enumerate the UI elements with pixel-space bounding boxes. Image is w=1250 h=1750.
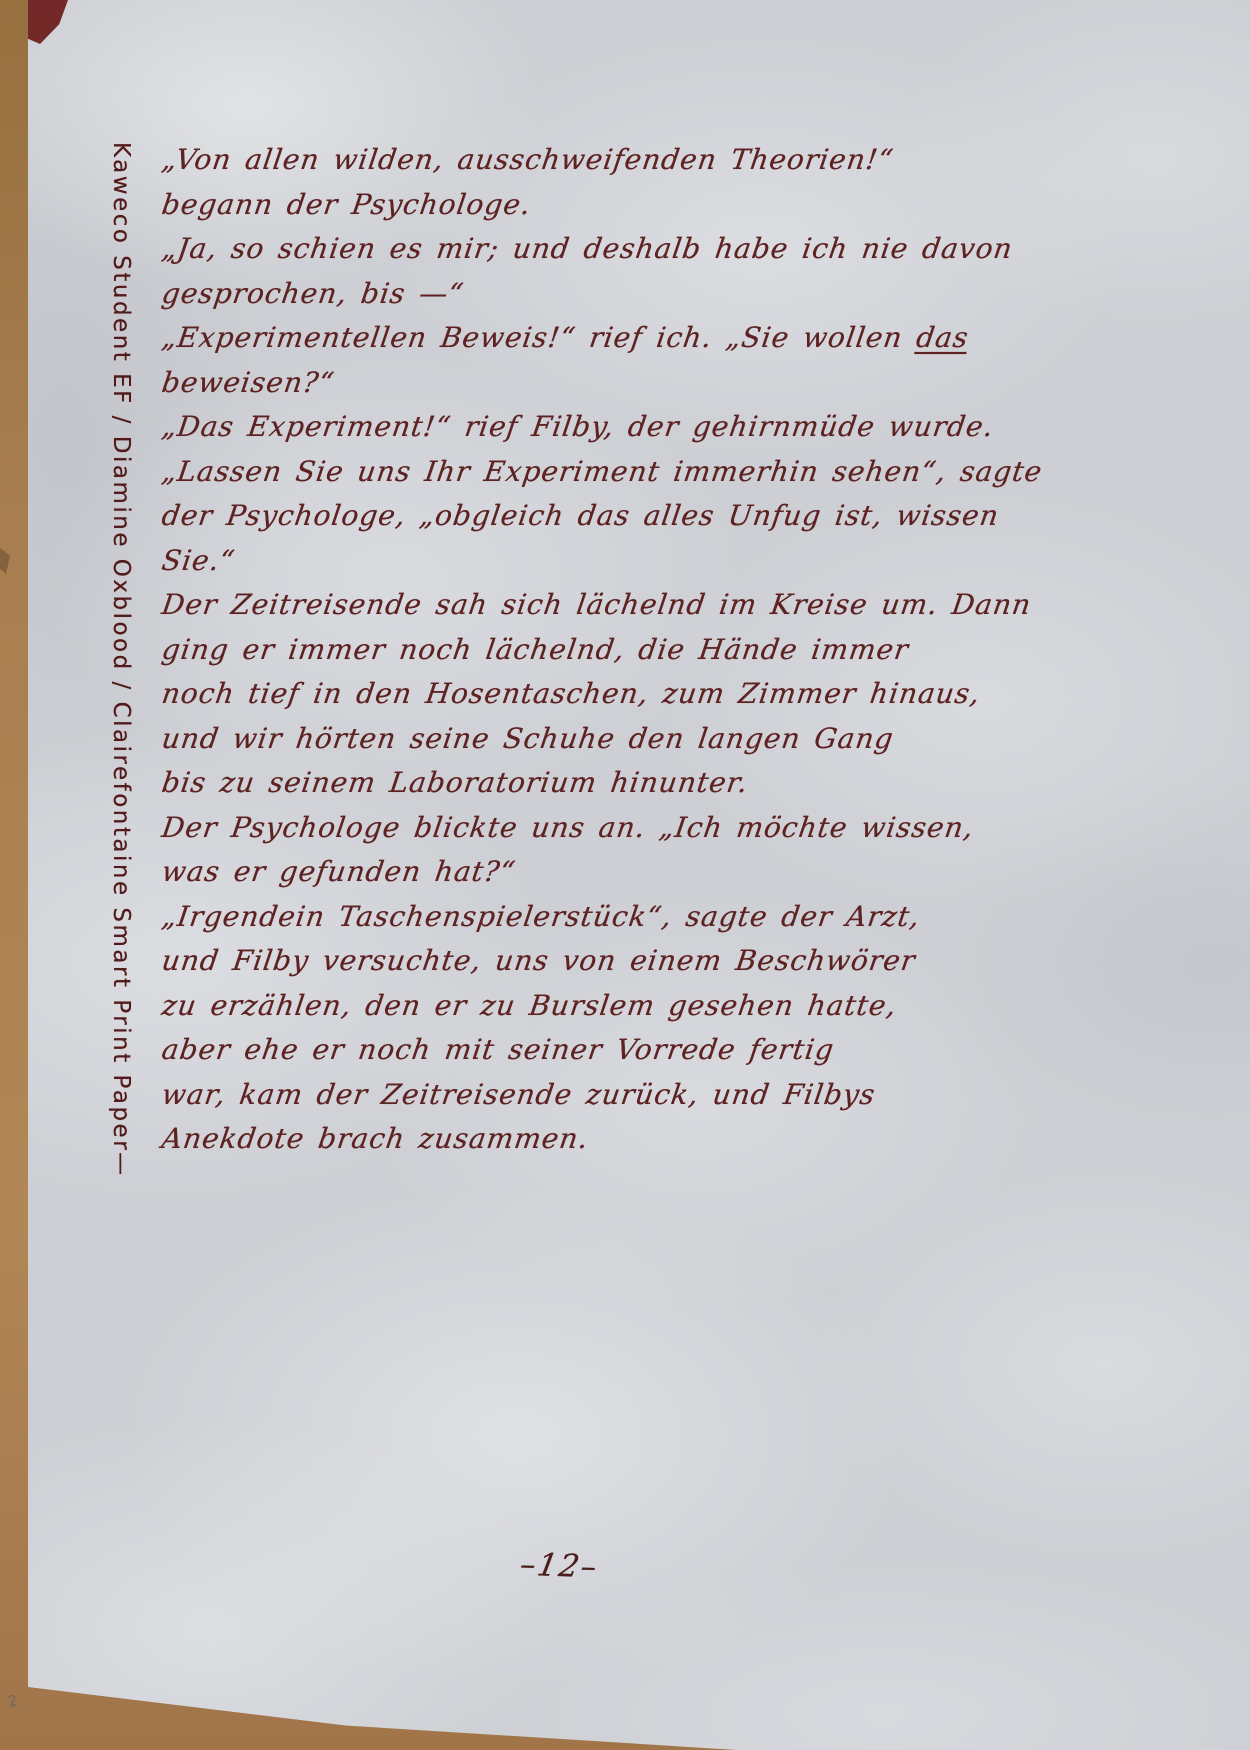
line-segment: Anekdote brach zusammen. [160, 1122, 591, 1155]
handwriting-line: „Ja, so schien es mir; und deshalb habe … [159, 227, 1025, 272]
line-segment: „Das Experiment!“ rief Filby, der gehirn… [160, 410, 996, 443]
handwriting-line: ging er immer noch lächelnd, die Hände i… [159, 628, 1025, 673]
line-segment: der Psychologe, „obgleich das alles Unfu… [160, 499, 1002, 532]
handwriting-line: Der Zeitreisende sah sich lächelnd im Kr… [159, 583, 1025, 628]
handwriting-line: „Experimentellen Beweis!“ rief ich. „Sie… [159, 316, 1025, 361]
line-segment: und wir hörten seine Schuhe den langen G… [160, 722, 896, 755]
line-segment: zu erzählen, den er zu Burslem gesehen h… [160, 989, 899, 1022]
line-segment: bis zu seinem Laboratorium hinunter. [160, 766, 751, 799]
line-segment: „Von allen wilden, ausschweifenden Theor… [160, 143, 896, 176]
line-segment: begann der Psychologe. [160, 188, 534, 221]
handwriting-line: „Von allen wilden, ausschweifenden Theor… [159, 138, 1025, 183]
paper-sheet: Kaweco Student EF / Diamine Oxblood / Cl… [28, 0, 1250, 1750]
handwriting-line: „Lassen Sie uns Ihr Experiment immerhin … [159, 450, 1025, 495]
line-segment: gesprochen, bis —“ [160, 277, 466, 310]
line-segment: Der Zeitreisende sah sich lächelnd im Kr… [160, 588, 1034, 621]
cardboard-chip [0, 548, 10, 574]
handwriting-line: noch tief in den Hosentaschen, zum Zimme… [159, 672, 1025, 717]
handwriting-line: gesprochen, bis —“ [159, 272, 1025, 317]
handwriting-line: „Irgendein Taschenspielerstück“, sagte d… [159, 895, 1025, 940]
line-segment: „Lassen Sie uns Ihr Experiment immerhin … [160, 455, 1045, 488]
handwriting-line: begann der Psychologe. [159, 183, 1025, 228]
line-segment: „Irgendein Taschenspielerstück“, sagte d… [160, 900, 923, 933]
line-segment: aber ehe er noch mit seiner Vorrede fert… [160, 1033, 837, 1066]
line-segment: Sie.“ [160, 544, 238, 577]
line-segment: Der Psychologe blickte uns an. „Ich möch… [160, 811, 976, 844]
line-segment: „Ja, so schien es mir; und deshalb habe … [160, 232, 1015, 265]
line-segment: noch tief in den Hosentaschen, zum Zimme… [160, 677, 983, 710]
handwriting-line: Der Psychologe blickte uns an. „Ich möch… [159, 806, 1025, 851]
handwriting-line: zu erzählen, den er zu Burslem gesehen h… [159, 984, 1025, 1029]
handwriting-line: Sie.“ [159, 539, 1025, 584]
handwriting-line: „Das Experiment!“ rief Filby, der gehirn… [159, 405, 1025, 450]
handwriting-line: bis zu seinem Laboratorium hinunter. [159, 761, 1025, 806]
handwriting-text: „Von allen wilden, ausschweifenden Theor… [162, 138, 1022, 1162]
photo-background: Kaweco Student EF / Diamine Oxblood / Cl… [0, 0, 1250, 1750]
line-segment: beweisen?“ [160, 366, 337, 399]
line-segment: war, kam der Zeitreisende zurück, und Fi… [160, 1078, 878, 1111]
handwriting-line: war, kam der Zeitreisende zurück, und Fi… [159, 1073, 1025, 1118]
line-segment: ging er immer noch lächelnd, die Hände i… [160, 633, 911, 666]
page-number: –12– [517, 1547, 601, 1586]
underlined-word: das [914, 321, 971, 354]
margin-note: Kaweco Student EF / Diamine Oxblood / Cl… [108, 142, 134, 1178]
handwriting-line: Anekdote brach zusammen. [159, 1117, 1025, 1162]
handwriting-line: und wir hörten seine Schuhe den langen G… [159, 717, 1025, 762]
line-segment: und Filby versuchte, uns von einem Besch… [160, 944, 918, 977]
handwriting-line: der Psychologe, „obgleich das alles Unfu… [159, 494, 1025, 539]
handwriting-line: was er gefunden hat?“ [159, 850, 1025, 895]
handwriting-line: aber ehe er noch mit seiner Vorrede fert… [159, 1028, 1025, 1073]
line-segment: „Experimentellen Beweis!“ rief ich. „Sie… [160, 321, 919, 354]
line-segment: was er gefunden hat?“ [160, 855, 518, 888]
handwriting-line: und Filby versuchte, uns von einem Besch… [159, 939, 1025, 984]
handwriting-line: beweisen?“ [159, 361, 1025, 406]
pencil-mark: 2 [6, 1691, 19, 1711]
